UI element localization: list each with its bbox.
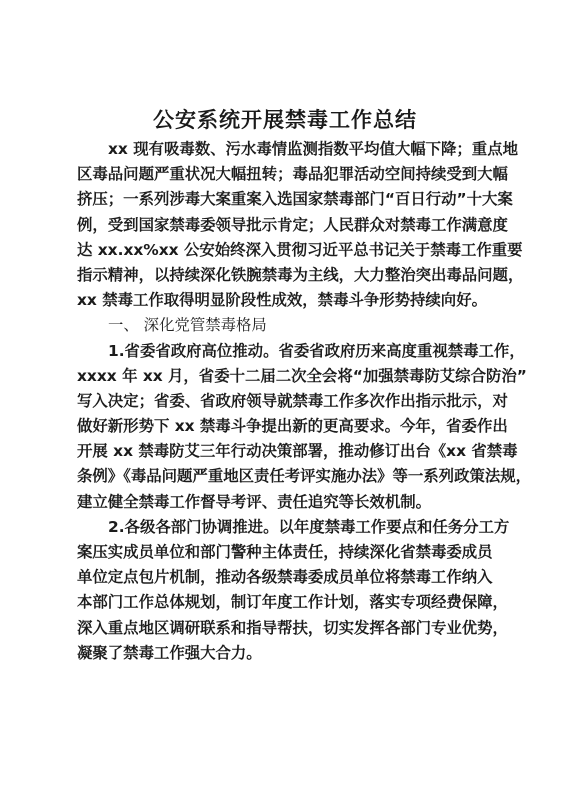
document-title: 公安系统开展禁毒工作总结: [0, 106, 570, 134]
paragraph-line: xx 现有吸毒数、污水毒情监测指数平均值大幅下降；重点地: [77, 137, 507, 162]
paragraph-line: 区毒品问题严重状况大幅扭转；毒品犯罪活动空间持续受到大幅: [77, 162, 507, 187]
paragraph-line: xxxx 年 xx 月，省委十二届二次全会将“加强禁毒防艾综合防治”: [77, 364, 507, 389]
section-item-1: 1.省委省政府高位推动。省委省政府历来高度重视禁毒工作， xxxx 年 xx 月…: [77, 339, 507, 515]
intro-paragraph: xx 现有吸毒数、污水毒情监测指数平均值大幅下降；重点地 区毒品问题严重状况大幅…: [77, 137, 507, 313]
paragraph-line: 开展 xx 禁毒防艾三年行动决策部署，推动修订出台《xx 省禁毒: [77, 439, 507, 464]
paragraph-line: 深入重点地区调研联系和指导帮扶，切实发挥各部门专业优势，: [77, 616, 507, 641]
paragraph-line: 例，受到国家禁毒委领导批示肯定；人民群众对禁毒工作满意度: [77, 213, 507, 238]
paragraph-line: 写入决定；省委、省政府领导就禁毒工作多次作出指示批示，对: [77, 389, 507, 414]
paragraph-line: 本部门工作总体规划，制订年度工作计划，落实专项经费保障，: [77, 590, 507, 615]
paragraph-line: 2.各级各部门协调推进。以年度禁毒工作要点和任务分工方: [77, 515, 507, 540]
section-heading: 一、 深化党管禁毒格局: [77, 313, 507, 338]
paragraph-line: 建立健全禁毒工作督导考评、责任追究等长效机制。: [77, 490, 507, 515]
paragraph-line: 挤压；一系列涉毒大案重案入选国家禁毒部门“百日行动”十大案: [77, 187, 507, 212]
section-item-2: 2.各级各部门协调推进。以年度禁毒工作要点和任务分工方 案压实成员单位和部门警种…: [77, 515, 507, 666]
paragraph-line: 达 xx.xx%xx 公安始终深入贯彻习近平总书记关于禁毒工作重要: [77, 238, 507, 263]
paragraph-line: 条例》《毒品问题严重地区责任考评实施办法》等一系列政策法规，: [77, 464, 507, 489]
paragraph-line: 案压实成员单位和部门警种主体责任，持续深化省禁毒委成员: [77, 540, 507, 565]
document-page: 公安系统开展禁毒工作总结 xx 现有吸毒数、污水毒情监测指数平均值大幅下降；重点…: [0, 0, 570, 807]
document-body: xx 现有吸毒数、污水毒情监测指数平均值大幅下降；重点地 区毒品问题严重状况大幅…: [77, 137, 507, 666]
paragraph-line: 做好新形势下 xx 禁毒斗争提出新的更高要求。今年，省委作出: [77, 414, 507, 439]
paragraph-line: xx 禁毒工作取得明显阶段性成效，禁毒斗争形势持续向好。: [77, 288, 507, 313]
paragraph-line: 凝聚了禁毒工作强大合力。: [77, 641, 507, 666]
paragraph-line: 单位定点包片机制，推动各级禁毒委成员单位将禁毒工作纳入: [77, 565, 507, 590]
paragraph-line: 指示精神，以持续深化铁腕禁毒为主线，大力整治突出毒品问题，: [77, 263, 507, 288]
paragraph-line: 1.省委省政府高位推动。省委省政府历来高度重视禁毒工作，: [77, 339, 507, 364]
